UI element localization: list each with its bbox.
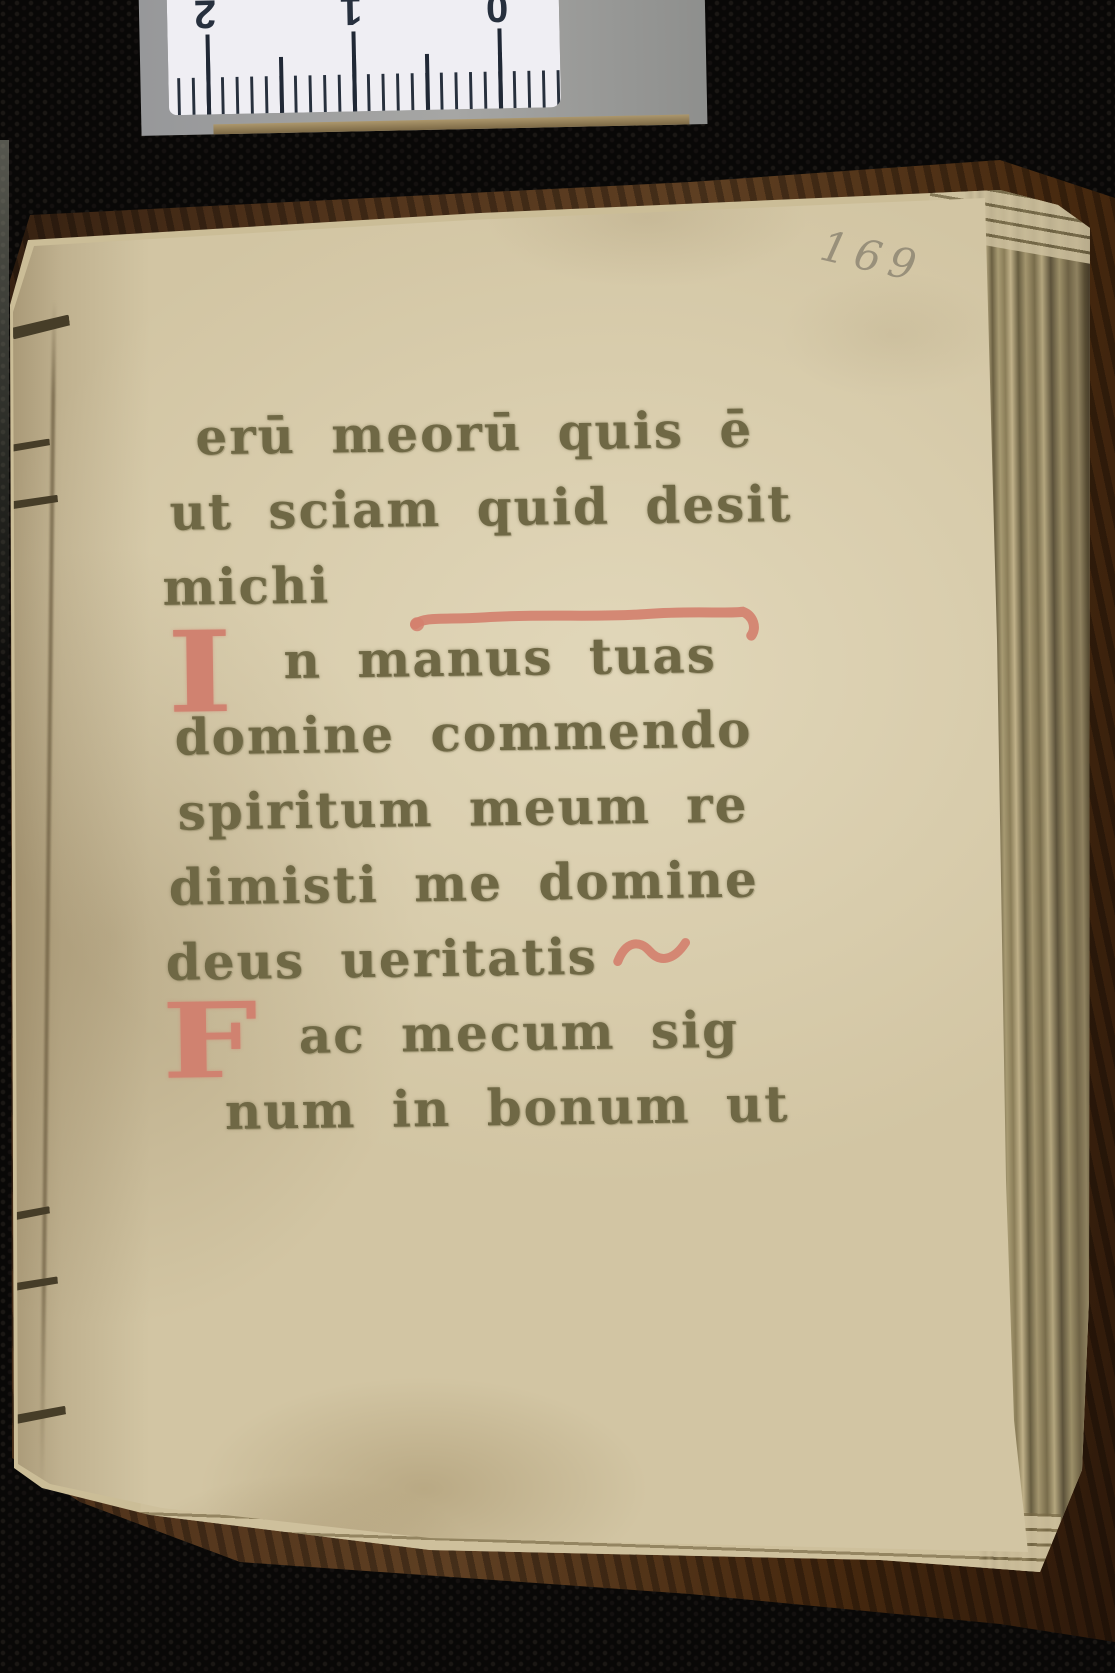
sewing-station: [11, 315, 71, 340]
rubric-squiggle: [609, 928, 694, 977]
left-edge-glare: [0, 140, 9, 700]
rubric-initial-F: F: [161, 989, 258, 1094]
rubric-line-filler: [405, 589, 766, 646]
text-line: ac mecum sig: [158, 998, 859, 1083]
rubric-initial-I: I: [166, 617, 233, 730]
text-line: spiritum meum re: [155, 773, 856, 858]
ruler: 2 1 0: [167, 0, 562, 115]
sewing-station: [8, 439, 51, 453]
ruler-number: 2: [185, 0, 226, 36]
ruler-number: 0: [477, 0, 518, 30]
text-line: domine commendo: [154, 698, 855, 783]
text-line: dimisti me domine: [156, 848, 857, 933]
grey-card: 2 1 0: [139, 0, 708, 136]
gutter-crease: [40, 300, 56, 1490]
text-line: ut sciam quid desit: [151, 473, 852, 558]
ruler-number: 1: [331, 0, 372, 33]
scale-card-group: 2 1 0: [139, 0, 708, 136]
manuscript-photo: 169 erū meorū quis ē ut sciam quid desit…: [0, 0, 1115, 1673]
text-line: deus ueritatis: [157, 923, 858, 1008]
text-line: erū meorū quis ē: [150, 398, 851, 483]
manuscript-text-block: erū meorū quis ē ut sciam quid desit mic…: [150, 398, 860, 1158]
text-line: num in bonum ut: [159, 1073, 860, 1158]
